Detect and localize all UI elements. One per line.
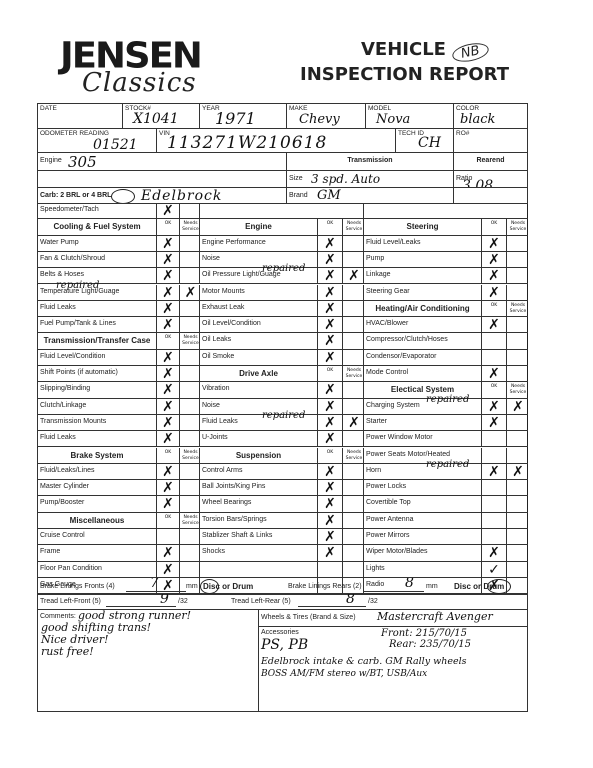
ok-checkbox[interactable]: ✗	[317, 399, 342, 414]
inspection-row-blank	[199, 203, 364, 219]
needs-service-checkbox[interactable]	[342, 431, 365, 446]
needs-service-checkbox[interactable]	[179, 236, 201, 251]
inspection-row-shift-points-if-automatic: Shift Points (if automatic)✗	[37, 366, 200, 382]
ok-checkbox[interactable]: ✗	[481, 415, 506, 430]
tread-row: Tread Left-Front (5) 9 /32 Tread Left-Re…	[37, 594, 528, 610]
needs-service-column-header: Needs Service	[506, 382, 529, 397]
ok-checkbox[interactable]: ✗	[481, 252, 506, 267]
needs-service-checkbox[interactable]	[342, 529, 365, 544]
ok-checkbox[interactable]: ✗	[317, 317, 342, 332]
ok-checkbox[interactable]: ✗	[156, 562, 179, 577]
needs-service-checkbox[interactable]	[342, 301, 365, 316]
row-label: Transmission Mounts	[40, 418, 106, 425]
ok-checkbox[interactable]: ✗	[317, 382, 342, 397]
inspection-row-power-antenna: Power Antenna	[363, 513, 528, 529]
inspection-row-speedometer-tach: Speedometer/Tach✗	[37, 203, 200, 219]
transmission-size-field[interactable]: Size 3 spd. Auto	[286, 170, 454, 188]
comments-box[interactable]: Comments: good strong runner! good shift…	[37, 609, 259, 712]
stock-field[interactable]: STOCK# X1041	[122, 103, 200, 129]
needs-service-checkbox[interactable]	[506, 333, 529, 348]
carb-4brl-circle	[111, 189, 135, 204]
needs-service-checkbox[interactable]	[342, 562, 365, 577]
row-label: Pump/Booster	[40, 499, 84, 506]
vin-field[interactable]: VIN 113271W210618	[156, 128, 396, 153]
brake-linings-row: Brake Linings Fronts (4) 7 mm Disc or Dr…	[37, 577, 528, 595]
needs-service-checkbox[interactable]	[179, 464, 201, 479]
inspection-row-fan-clutch-shroud: Fan & Clutch/Shroud✗	[37, 252, 200, 268]
row-label: Charging System	[366, 402, 420, 409]
title-vehicle: VEHICLE	[361, 39, 446, 60]
needs-service-checkbox[interactable]	[342, 252, 365, 267]
ratio-extra	[453, 187, 528, 204]
row-label: Power Locks	[366, 483, 406, 490]
row-label: Oil Leaks	[202, 336, 231, 343]
row-label: Covertible Top	[366, 499, 411, 506]
row-label: Clutch/Linkage	[40, 402, 86, 409]
needs-service-checkbox[interactable]	[506, 529, 529, 544]
ok-checkbox[interactable]: ✗	[317, 285, 342, 300]
ok-checkbox[interactable]: ✗	[156, 399, 179, 414]
ro-field[interactable]: RO#	[453, 128, 528, 153]
inspection-row-steering-gear: Steering Gear✗	[363, 285, 528, 301]
inspection-row-wheel-bearings: Wheel Bearings✗	[199, 496, 364, 512]
needs-service-checkbox[interactable]	[179, 431, 201, 446]
inspection-row-oil-level-condition: Oil Level/Condition✗	[199, 317, 364, 333]
needs-service-checkbox[interactable]	[506, 513, 529, 528]
inspection-row-cruise-control: Cruise Control	[37, 529, 200, 545]
tread-rear-line	[298, 606, 366, 607]
inspection-row-power-locks: Power Locks	[363, 480, 528, 496]
row-label: Suspension	[200, 451, 317, 460]
row-label: Fluid Leaks	[40, 304, 76, 311]
inspection-row-floor-pan-condition: Floor Pan Condition✗	[37, 562, 200, 578]
needs-service-checkbox[interactable]	[179, 203, 201, 218]
row-label: Horn	[366, 467, 381, 474]
section-header-steering: SteeringOKNeeds Service	[363, 219, 528, 235]
needs-service-checkbox[interactable]	[179, 317, 201, 332]
make-field[interactable]: MAKE Chevy	[286, 103, 366, 129]
row-label: U-Joints	[202, 434, 228, 441]
ok-checkbox[interactable]: ✗	[481, 317, 506, 332]
inspection-row-fuel-pump-tank-lines: Fuel Pump/Tank & Lines✗	[37, 317, 200, 333]
row-label: Starter	[366, 418, 387, 425]
row-label: Cooling & Fuel System	[38, 222, 156, 231]
row-label: Fluid Leaks	[40, 434, 76, 441]
needs-service-checkbox[interactable]	[179, 545, 201, 560]
ok-checkbox[interactable]: ✗	[317, 464, 342, 479]
ok-checkbox[interactable]: ✗	[317, 513, 342, 528]
tread-front-value[interactable]: 9	[160, 594, 169, 607]
color-field[interactable]: COLOR black	[453, 103, 528, 129]
ok-column-header: OK	[317, 448, 342, 463]
needs-service-checkbox[interactable]	[179, 366, 201, 381]
accessories-field[interactable]: Accessories Front: 215/70/15 Rear: 235/7…	[258, 626, 528, 712]
inspection-row-starter: Starter✗	[363, 415, 528, 431]
inspection-row-u-joints: U-Joints✗	[199, 431, 364, 447]
needs-service-checkbox[interactable]	[506, 268, 529, 283]
ok-checkbox[interactable]: ✗	[156, 431, 179, 446]
ok-checkbox[interactable]: ✗	[156, 382, 179, 397]
inspection-row-ball-joints-king-pins: Ball Joints/King Pins✗	[199, 480, 364, 496]
row-label: Motor Mounts	[202, 288, 245, 295]
row-label: Power Antenna	[366, 516, 413, 523]
rear-brake-type[interactable]: Disc or Drum	[454, 582, 504, 591]
needs-service-checkbox[interactable]	[179, 480, 201, 495]
row-label: Ball Joints/King Pins	[202, 483, 265, 490]
inspection-row-master-cylinder: Master Cylinder✗	[37, 480, 200, 496]
row-label: Control Arms	[202, 467, 242, 474]
row-label: Belts & Hoses	[40, 271, 84, 278]
row-label: Power Seats Motor/Heated	[366, 451, 450, 458]
inspection-row-motor-mounts: Motor Mounts✗	[199, 285, 364, 301]
repaired-note: repaired	[262, 410, 305, 421]
needs-service-checkbox[interactable]	[506, 545, 529, 560]
ok-column-header: OK	[317, 366, 342, 381]
inspection-row-blank	[199, 562, 364, 578]
row-label: Torsion Bars/Springs	[202, 516, 267, 523]
tech-id-field[interactable]: TECH ID CH	[395, 128, 454, 153]
ok-checkbox[interactable]	[481, 448, 506, 463]
needs-service-column-header: Needs Service	[179, 513, 201, 528]
ok-checkbox[interactable]: ✗	[317, 496, 342, 511]
row-label: Lights	[366, 565, 385, 572]
title-inspection-report: INSPECTION REPORT	[300, 64, 509, 85]
front-lining-value[interactable]: 7	[150, 577, 159, 591]
row-label: Steering Gear	[366, 288, 410, 295]
row-label: Condensor/Evaporator	[366, 353, 436, 360]
needs-service-checkbox[interactable]	[506, 285, 529, 300]
section-header-suspension: SuspensionOKNeeds Service	[199, 448, 364, 464]
inspection-row-linkage: Linkage✗	[363, 268, 528, 284]
inspection-row-temperature-light-guage: Temperature Light/Guagerepaired✗✗	[37, 285, 200, 301]
inspection-row-control-arms: Control Arms✗	[199, 464, 364, 480]
ok-checkbox[interactable]: ✗	[156, 236, 179, 251]
inspection-row-horn: Hornrepaired✗✗	[363, 464, 528, 480]
ratio-field[interactable]: Ratio 3.08	[453, 170, 528, 188]
row-label: Wiper Motor/Blades	[366, 548, 427, 555]
ok-checkbox[interactable]: ✗	[317, 301, 342, 316]
row-label: HVAC/Blower	[366, 320, 408, 327]
row-label: Power Window Motor	[366, 434, 433, 441]
ok-checkbox[interactable]: ✗	[156, 285, 179, 300]
blank-field	[37, 170, 287, 188]
needs-service-column-header: Needs Service	[179, 333, 201, 348]
wheels-tires-field[interactable]: Wheels & Tires (Brand & Size) Mastercraf…	[258, 609, 528, 627]
needs-service-checkbox[interactable]	[179, 350, 201, 365]
ok-checkbox[interactable]: ✗	[156, 480, 179, 495]
ok-checkbox[interactable]: ✗	[481, 236, 506, 251]
needs-service-checkbox[interactable]	[506, 252, 529, 267]
inspection-row-wiper-motor-blades: Wiper Motor/Blades✗	[363, 545, 528, 561]
ok-checkbox[interactable]: ✗	[481, 464, 506, 479]
needs-service-column-header: Needs Service	[342, 366, 365, 381]
ok-checkbox[interactable]: ✗	[156, 415, 179, 430]
row-label: Linkage	[366, 271, 391, 278]
ok-checkbox[interactable]: ✗	[156, 545, 179, 560]
inspection-row-water-pump: Water Pump✗	[37, 236, 200, 252]
needs-service-checkbox[interactable]	[179, 415, 201, 430]
inspection-row-covertible-top: Covertible Top	[363, 496, 528, 512]
inspection-row-engine-performance: Engine Performance✗	[199, 236, 364, 252]
row-label: Mode Control	[366, 369, 408, 376]
section-header-cooling-fuel-system: Cooling & Fuel SystemOKNeeds Service	[37, 219, 200, 235]
needs-service-checkbox[interactable]: ✗	[342, 268, 365, 283]
ok-checkbox[interactable]: ✗	[481, 366, 506, 381]
needs-service-checkbox[interactable]: ✗	[179, 285, 201, 300]
transmission-brand-field[interactable]: Brand GM	[286, 187, 454, 204]
needs-service-checkbox[interactable]	[179, 382, 201, 397]
ok-column-header: OK	[156, 219, 179, 234]
ok-checkbox[interactable]: ✗	[317, 480, 342, 495]
inspection-row-vibration: Vibration✗	[199, 382, 364, 398]
needs-service-checkbox[interactable]	[506, 317, 529, 332]
inspection-row-fluid-level-leaks: Fluid Level/Leaks✗	[363, 236, 528, 252]
inspection-row-oil-leaks: Oil Leaks✗	[199, 333, 364, 349]
section-header-engine: EngineOKNeeds Service	[199, 219, 364, 235]
ok-checkbox[interactable]	[481, 333, 506, 348]
needs-service-checkbox[interactable]	[342, 496, 365, 511]
ok-checkbox[interactable]: ✗	[156, 464, 179, 479]
inspection-row-clutch-linkage: Clutch/Linkage✗	[37, 399, 200, 415]
row-label: Miscellaneous	[38, 516, 156, 525]
needs-service-checkbox[interactable]	[179, 268, 201, 283]
needs-service-checkbox[interactable]	[179, 399, 201, 414]
ok-column-header: OK	[156, 448, 179, 463]
needs-service-checkbox[interactable]	[506, 236, 529, 251]
row-label: Vibration	[202, 385, 230, 392]
ok-checkbox[interactable]: ✗	[156, 317, 179, 332]
row-label: Stablizer Shaft & Links	[202, 532, 272, 539]
ok-checkbox[interactable]: ✓	[481, 562, 506, 577]
year-field[interactable]: YEAR 1971	[199, 103, 287, 129]
row-label: Floor Pan Condition	[40, 565, 102, 572]
row-label: Oil Level/Condition	[202, 320, 261, 327]
inspection-row-shocks: Shocks✗	[199, 545, 364, 561]
row-label: Water Pump	[40, 239, 79, 246]
needs-service-checkbox[interactable]	[342, 317, 365, 332]
needs-service-checkbox[interactable]	[179, 562, 201, 577]
needs-service-checkbox[interactable]	[506, 431, 529, 446]
ok-column-header: OK	[481, 219, 506, 234]
needs-service-checkbox[interactable]	[179, 252, 201, 267]
needs-service-checkbox[interactable]	[179, 529, 201, 544]
ok-checkbox[interactable]	[481, 350, 506, 365]
inspection-row-exhaust-leak: Exhaust Leak✗	[199, 301, 364, 317]
ok-checkbox[interactable]: ✗	[156, 252, 179, 267]
needs-service-checkbox[interactable]	[506, 480, 529, 495]
needs-service-checkbox[interactable]	[506, 496, 529, 511]
needs-service-checkbox[interactable]	[342, 333, 365, 348]
needs-service-checkbox[interactable]	[506, 415, 529, 430]
row-label: Power Mirrors	[366, 532, 410, 539]
ok-checkbox[interactable]: ✗	[317, 545, 342, 560]
row-label: Slipping/Binding	[40, 385, 90, 392]
engine-field[interactable]: Engine 305	[37, 152, 287, 171]
inspection-row-pump: Pump✗	[363, 252, 528, 268]
row-label: Oil Smoke	[202, 353, 234, 360]
needs-service-checkbox[interactable]	[342, 350, 365, 365]
row-label: Fluid Level/Condition	[40, 353, 105, 360]
section-header-brake-system: Brake SystemOKNeeds Service	[37, 448, 200, 464]
row-label: Fan & Clutch/Shroud	[40, 255, 105, 262]
ok-checkbox[interactable]: ✗	[156, 496, 179, 511]
ok-checkbox[interactable]	[481, 529, 506, 544]
needs-service-checkbox[interactable]	[342, 285, 365, 300]
ok-checkbox[interactable]: ✗	[481, 399, 506, 414]
row-label: Cruise Control	[40, 532, 85, 539]
row-label: Master Cylinder	[40, 483, 89, 490]
inspection-row-stablizer-shaft-links: Stablizer Shaft & Links✗	[199, 529, 364, 545]
ok-checkbox[interactable]: ✗	[317, 431, 342, 446]
ok-column-header: OK	[481, 301, 506, 316]
model-field[interactable]: MODEL Nova	[365, 103, 454, 129]
ok-column-header: OK	[481, 382, 506, 397]
row-label: Brake System	[38, 451, 156, 460]
needs-service-checkbox[interactable]	[342, 480, 365, 495]
section-header-miscellaneous: MiscellaneousOKNeeds Service	[37, 513, 200, 529]
ok-checkbox[interactable]: ✗	[156, 268, 179, 283]
ok-column-header: OK	[317, 219, 342, 234]
row-label: Compressor/Clutch/Hoses	[366, 336, 448, 343]
needs-service-checkbox[interactable]	[342, 399, 365, 414]
row-label: Drive Axle	[200, 369, 317, 378]
repaired-note: repaired	[426, 459, 469, 470]
ok-column-header: OK	[156, 333, 179, 348]
needs-service-checkbox[interactable]	[506, 562, 529, 577]
repaired-note: repaired	[262, 263, 305, 274]
ok-checkbox[interactable]: ✗	[156, 301, 179, 316]
row-label: Shocks	[202, 548, 225, 555]
ok-checkbox[interactable]	[156, 529, 179, 544]
inspection-row-charging-system: Charging Systemrepaired✗✗	[363, 399, 528, 415]
needs-service-column-header: Needs Service	[506, 301, 529, 316]
repaired-note: repaired	[426, 394, 469, 405]
inspection-row-condensor-evaporator: Condensor/Evaporator	[363, 350, 528, 366]
ok-checkbox[interactable]	[481, 513, 506, 528]
ok-column-header: OK	[156, 513, 179, 528]
inspection-row-torsion-bars-springs: Torsion Bars/Springs✗	[199, 513, 364, 529]
row-label: Fuel Pump/Tank & Lines	[40, 320, 116, 327]
inspection-row-oil-pressure-light-guage: Oil Pressure Light/Guagerepaired✗✗	[199, 268, 364, 284]
inspection-row-transmission-mounts: Transmission Mounts✗	[37, 415, 200, 431]
ok-checkbox[interactable]: ✗	[317, 333, 342, 348]
row-label: Engine	[200, 222, 317, 231]
row-label: Exhaust Leak	[202, 304, 244, 311]
row-label: Frame	[40, 548, 60, 555]
ok-checkbox[interactable]: ✗	[317, 529, 342, 544]
needs-service-column-header: Needs Service	[506, 219, 529, 234]
row-label: Heating/Air Conditioning	[364, 304, 481, 313]
needs-service-column-header: Needs Service	[179, 448, 201, 463]
ok-checkbox[interactable]	[317, 562, 342, 577]
ok-checkbox[interactable]: ✗	[156, 350, 179, 365]
row-label: Noise	[202, 402, 220, 409]
row-label: Wheel Bearings	[202, 499, 251, 506]
inspection-row-compressor-clutch-hoses: Compressor/Clutch/Hoses	[363, 333, 528, 349]
carb-field[interactable]: Carb: 2 BRL or 4 BRL Edelbrock	[37, 187, 287, 204]
row-label: Engine Performance	[202, 239, 266, 246]
inspection-row-fluid-leaks: Fluid Leaks✗	[37, 301, 200, 317]
ok-checkbox[interactable]: ✗	[156, 366, 179, 381]
needs-service-checkbox[interactable]: ✗	[342, 415, 365, 430]
needs-service-checkbox[interactable]: ✗	[506, 399, 529, 414]
inspection-row-pump-booster: Pump/Booster✗	[37, 496, 200, 512]
inspection-row-power-mirrors: Power Mirrors	[363, 529, 528, 545]
ok-checkbox[interactable]	[481, 480, 506, 495]
date-field[interactable]: DATE	[37, 103, 123, 129]
odometer-field[interactable]: ODOMETER READING 01521	[37, 128, 157, 153]
needs-service-column-header: Needs Service	[179, 219, 201, 234]
section-header-transmission-transfer-case: Transmission/Transfer CaseOKNeeds Servic…	[37, 333, 200, 349]
classics-logo: Classics	[82, 68, 197, 98]
ok-checkbox[interactable]: ✗	[481, 545, 506, 560]
inspection-row-frame: Frame✗	[37, 545, 200, 561]
needs-service-checkbox[interactable]: ✗	[506, 464, 529, 479]
ok-checkbox[interactable]: ✗	[317, 252, 342, 267]
transmission-header: Transmission	[286, 152, 454, 171]
needs-service-checkbox[interactable]	[342, 236, 365, 251]
row-label: Steering	[364, 222, 481, 231]
ok-checkbox[interactable]	[481, 431, 506, 446]
rear-lining-value[interactable]: 8	[405, 577, 414, 591]
ok-checkbox[interactable]	[481, 496, 506, 511]
ok-checkbox[interactable]: ✗	[317, 415, 342, 430]
needs-service-checkbox[interactable]	[506, 448, 529, 463]
needs-service-checkbox[interactable]	[342, 382, 365, 397]
ok-checkbox[interactable]: ✗	[317, 350, 342, 365]
row-label: Pump	[366, 255, 384, 262]
front-brake-type[interactable]: Disc or Drum	[203, 582, 253, 591]
ok-checkbox[interactable]: ✗	[317, 268, 342, 283]
inspection-row-fluid-leaks-lines: Fluid/Leaks/Lines✗	[37, 464, 200, 480]
needs-service-checkbox[interactable]	[342, 545, 365, 560]
row-label: Shift Points (if automatic)	[40, 369, 118, 376]
inspection-row-oil-smoke: Oil Smoke✗	[199, 350, 364, 366]
rearend-header: Rearend	[453, 152, 528, 171]
ok-checkbox[interactable]: ✗	[481, 268, 506, 283]
needs-service-checkbox[interactable]	[506, 350, 529, 365]
ok-checkbox[interactable]: ✗	[481, 285, 506, 300]
inspection-row-fluid-leaks: Fluid Leaksrepaired✗✗	[199, 415, 364, 431]
row-label: Transmission/Transfer Case	[38, 336, 156, 345]
needs-service-checkbox[interactable]	[179, 301, 201, 316]
row-label: Noise	[202, 255, 220, 262]
row-label: Fluid Level/Leaks	[366, 239, 420, 246]
needs-service-checkbox[interactable]	[342, 513, 365, 528]
inspection-row-power-window-motor: Power Window Motor	[363, 431, 528, 447]
inspection-row-hvac-blower: HVAC/Blower✗	[363, 317, 528, 333]
front-lining-line	[126, 591, 186, 592]
ok-checkbox[interactable]: ✗	[156, 203, 179, 218]
inspection-row-mode-control: Mode Control✗	[363, 366, 528, 382]
rear-lining-line	[364, 591, 424, 592]
row-label: Fluid/Leaks/Lines	[40, 467, 94, 474]
needs-service-checkbox[interactable]	[506, 366, 529, 381]
tread-rear-value[interactable]: 8	[346, 594, 355, 607]
inspection-row-fluid-level-condition: Fluid Level/Condition✗	[37, 350, 200, 366]
initials-stamp: NB	[451, 40, 490, 64]
row-label: Fluid Leaks	[202, 418, 238, 425]
inspection-row-fluid-leaks: Fluid Leaks✗	[37, 431, 200, 447]
needs-service-column-header: Needs Service	[342, 219, 365, 234]
inspection-row-lights: Lights✓	[363, 562, 528, 578]
inspection-row-blank	[363, 203, 528, 219]
section-header-drive-axle: Drive AxleOKNeeds Service	[199, 366, 364, 382]
needs-service-checkbox[interactable]	[342, 464, 365, 479]
row-label: Speedometer/Tach	[40, 206, 99, 213]
needs-service-checkbox[interactable]	[179, 496, 201, 511]
ok-checkbox[interactable]: ✗	[317, 236, 342, 251]
